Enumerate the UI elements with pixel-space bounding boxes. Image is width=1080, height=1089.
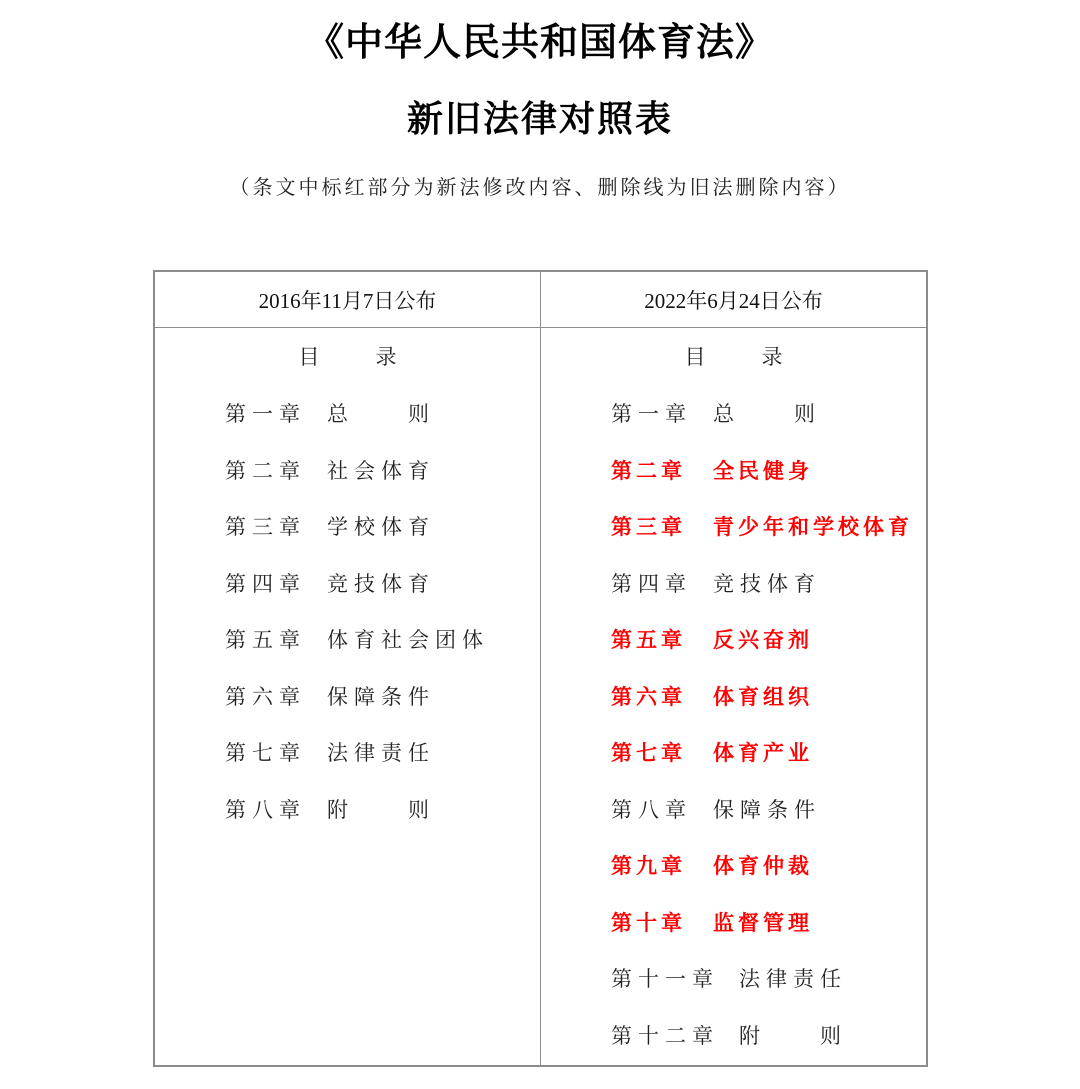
chapter-title: 总则 [327,386,489,443]
toc-heading: 目录 [541,328,926,386]
chapter-title: 监督管理 [713,895,813,952]
chapter-title: 体育仲裁 [713,838,813,895]
chapter-entry: 第二章全民健身 [541,443,926,500]
chapter-number: 第八章 [225,782,327,839]
comparison-table: 2016年11月7日公布 2022年6月24日公布 目录 第一章总则第二章社会体… [153,270,928,1067]
chapter-number: 第九章 [611,838,713,895]
header-old-law: 2016年11月7日公布 [154,271,541,328]
chapter-title: 社会体育 [327,443,435,500]
chapter-entry: 第五章体育社会团体 [155,612,540,669]
chapter-entry: 第六章保障条件 [155,669,540,726]
chapter-number: 第一章 [225,386,327,443]
header-new-law: 2022年6月24日公布 [541,271,928,328]
chapter-title: 体育产业 [713,725,813,782]
chapter-entry: 第十一章法律责任 [541,951,926,1008]
chapter-title: 青少年和学校体育 [713,499,913,556]
chapter-entry: 第十二章附则 [541,1008,926,1065]
chapter-number: 第十一章 [611,951,739,1008]
chapter-number: 第四章 [225,556,327,613]
new-law-toc: 目录 第一章总则第二章全民健身第三章青少年和学校体育第四章竞技体育第五章反兴奋剂… [541,328,928,1067]
chapter-title: 法律责任 [739,951,847,1008]
chapter-entry: 第九章体育仲裁 [541,838,926,895]
chapter-title: 总则 [713,386,875,443]
toc-heading: 目录 [155,328,540,386]
chapter-number: 第十章 [611,895,713,952]
chapter-title: 竞技体育 [713,556,821,613]
chapter-entry: 第七章法律责任 [155,725,540,782]
chapter-entry: 第十章监督管理 [541,895,926,952]
toc-row: 目录 第一章总则第二章社会体育第三章学校体育第四章竞技体育第五章体育社会团体第六… [154,328,927,1067]
chapter-entry: 第六章体育组织 [541,669,926,726]
chapter-title: 体育社会团体 [327,612,489,669]
chapter-title: 附则 [739,1008,901,1065]
chapter-number: 第五章 [611,612,713,669]
chapter-number: 第二章 [225,443,327,500]
chapter-title: 反兴奋剂 [713,612,813,669]
chapter-number: 第七章 [611,725,713,782]
chapter-title: 全民健身 [713,443,813,500]
chapter-title: 附则 [327,782,489,839]
new-chapter-list: 第一章总则第二章全民健身第三章青少年和学校体育第四章竞技体育第五章反兴奋剂第六章… [541,386,926,1064]
chapter-number: 第四章 [611,556,713,613]
chapter-number: 第六章 [611,669,713,726]
chapter-entry: 第四章竞技体育 [155,556,540,613]
chapter-title: 保障条件 [327,669,435,726]
chapter-title: 保障条件 [713,782,821,839]
chapter-entry: 第四章竞技体育 [541,556,926,613]
chapter-entry: 第七章体育产业 [541,725,926,782]
chapter-title: 学校体育 [327,499,435,556]
chapter-number: 第一章 [611,386,713,443]
chapter-number: 第三章 [611,499,713,556]
chapter-entry: 第二章社会体育 [155,443,540,500]
chapter-title: 法律责任 [327,725,435,782]
document-subtitle-title: 新旧法律对照表 [0,92,1080,148]
chapter-number: 第三章 [225,499,327,556]
chapter-number: 第十二章 [611,1008,739,1065]
chapter-entry: 第三章学校体育 [155,499,540,556]
chapter-entry: 第三章青少年和学校体育 [541,499,926,556]
old-law-toc: 目录 第一章总则第二章社会体育第三章学校体育第四章竞技体育第五章体育社会团体第六… [154,328,541,1067]
old-chapter-list: 第一章总则第二章社会体育第三章学校体育第四章竞技体育第五章体育社会团体第六章保障… [155,386,540,838]
chapter-entry: 第一章总则 [541,386,926,443]
chapter-entry: 第五章反兴奋剂 [541,612,926,669]
chapter-number: 第七章 [225,725,327,782]
legend-note: （条文中标红部分为新法修改内容、删除线为旧法删除内容） [0,170,1080,204]
document-title: 《中华人民共和国体育法》 [0,14,1080,70]
chapter-number: 第五章 [225,612,327,669]
chapter-entry: 第八章附则 [155,782,540,839]
chapter-title: 体育组织 [713,669,813,726]
chapter-entry: 第一章总则 [155,386,540,443]
chapter-number: 第八章 [611,782,713,839]
chapter-number: 第六章 [225,669,327,726]
chapter-title: 竞技体育 [327,556,435,613]
chapter-number: 第二章 [611,443,713,500]
header-row: 2016年11月7日公布 2022年6月24日公布 [154,271,927,328]
chapter-entry: 第八章保障条件 [541,782,926,839]
